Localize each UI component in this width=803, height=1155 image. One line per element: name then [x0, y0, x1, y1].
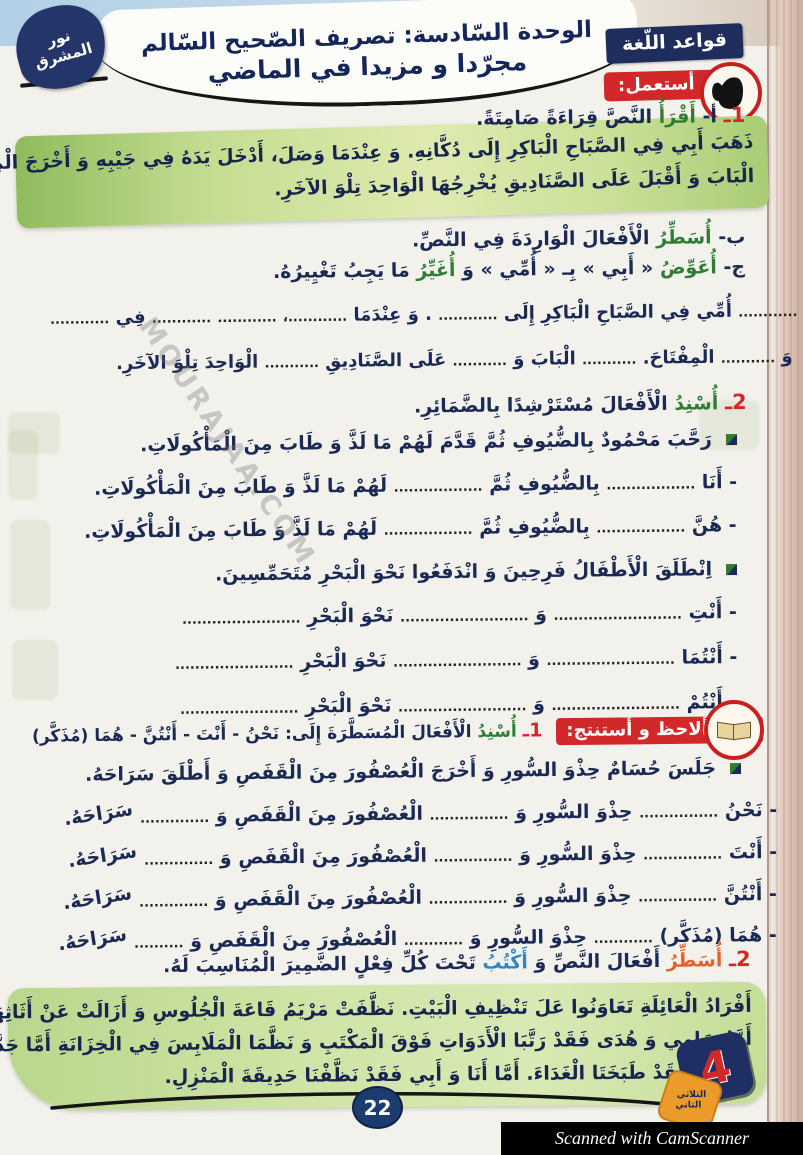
- blank-dots: ............: [217, 310, 276, 326]
- row-text: وَ: [528, 648, 540, 670]
- blank-dots: ..........................: [393, 654, 522, 670]
- gap-line-2: وَ ........... الْمِفْتَاحَ. ...........…: [116, 346, 793, 374]
- row-text: لَهُمْ مَا لَذَّ وَ طَابَ مِنَ الْمَأْكُ…: [84, 518, 377, 543]
- gap-text: . وَ عِنْدَمَا: [353, 304, 432, 326]
- verb-change: أُغَيِّرُ: [416, 259, 455, 281]
- row-text: الْعُصْفُورَ مِنَ الْقَفَصِ وَ: [190, 928, 397, 952]
- pronoun-row-hunna: - هُنَّ .................. بِالضُّيُوفِ …: [84, 514, 737, 543]
- row-text: وَ: [535, 603, 547, 625]
- pronoun-row-antum: - أَنْتُمْ .......................... وَ…: [180, 691, 738, 719]
- pronoun: - هُمَا (مُذَكَّر): [660, 924, 777, 947]
- model-text: جَلَسَ حُسَامٌ حِذْوَ السُّورِ وَ أَخْرَ…: [85, 757, 716, 786]
- item-b-text: الْأَفْعَالَ الْوَارِدَةَ فِي النَّصِّ.: [412, 227, 650, 251]
- subject-tag: قواعد اللّغة: [605, 23, 743, 64]
- blank-dots: ................: [433, 850, 512, 866]
- observe-badge: [704, 700, 764, 760]
- blank-dots: ..................: [606, 477, 695, 493]
- blank-dots: ..........................: [398, 699, 527, 715]
- ghost-bleed: [12, 640, 58, 700]
- row-text: نَحْوَ الْبَحْرِ: [305, 695, 392, 718]
- ghost-bleed: [8, 430, 38, 500]
- row-text: حِذْوَ السُّورِ وَ: [470, 926, 588, 949]
- book-edge-strip: [767, 0, 803, 1155]
- model-text: اِنْطَلَقَ الْأَطْفَالُ فَرِحِينَ وَ انْ…: [215, 558, 712, 585]
- verb-attribute: أُسْنِدُ: [477, 722, 517, 742]
- reading-passage-box: ذَهَبَ أَبِي فِي الصَّبَاحِ الْبَاكِرِ إ…: [15, 116, 769, 229]
- blank-dots: ...........: [453, 354, 507, 370]
- sec2-model-sentence: جَلَسَ حُسَامٌ حِذْوَ السُّورِ وَ أَخْرَ…: [85, 757, 741, 786]
- row-tail: سَرَاحَهُ.: [57, 923, 129, 955]
- pronoun: - أَنْتُمَا: [681, 646, 737, 669]
- blank-dots: ................: [429, 892, 508, 908]
- exercise-1a-line: 1ـ أ- أَقْرَأُ النَّصَّ قِرَاءَةً صَامِت…: [475, 103, 745, 130]
- bullet-square-icon: [730, 763, 741, 774]
- blank-dots: ..............: [139, 895, 208, 911]
- row-text: بِالضُّيُوفِ ثُمَّ: [489, 472, 600, 495]
- bullet-square-icon: [726, 564, 737, 575]
- observe-section-row: II- ألاحظ و أستنتج: 1ـ أُسْنِدُ الْأَفْع…: [32, 716, 763, 751]
- verb-underline: أُسَطِّرُ: [656, 226, 712, 249]
- pronoun-row-ana: - أَنَا .................. بِالضُّيُوفِ …: [94, 471, 737, 500]
- blank-dots: ............،: [282, 310, 346, 326]
- blank-dots: ...........: [721, 351, 775, 367]
- bullet-square-icon: [726, 434, 737, 445]
- gap-text: عَلَى الصَّنَادِيقِ: [325, 350, 446, 372]
- blank-dots: ..........................: [400, 609, 529, 625]
- camscanner-bar: Scanned with CamScanner: [501, 1122, 803, 1155]
- logo-ribbon-line2: الثاني: [675, 1101, 701, 1112]
- row-tail: سَرَاحَهُ.: [66, 840, 138, 872]
- blank-dots: ..................: [384, 523, 473, 539]
- item-b-line: ب- أُسَطِّرُ الْأَفْعَالَ الْوَارِدَةَ ف…: [412, 226, 745, 251]
- item-a-label: أ-: [702, 105, 717, 127]
- page-number: 22: [364, 1096, 392, 1120]
- logo-ribbon-line1: الثلاثي: [677, 1090, 706, 1101]
- item-c-label: ج-: [723, 256, 745, 278]
- verb-underline: أُسَطِّرُ: [667, 949, 723, 972]
- sec2-row-nahnu: - نَحْنُ ................ حِذْوَ السُّور…: [64, 799, 777, 828]
- item-c-text: مَا يَجِبُ تَغْيِيرُهُ.: [273, 260, 410, 283]
- blank-dots: ..............: [144, 853, 213, 869]
- pronoun: - أَنْتَ: [729, 841, 777, 864]
- blank-dots: ........................: [180, 702, 299, 718]
- blank-dots: ..........: [134, 936, 184, 952]
- pronoun-row-anti: - أَنْتِ .......................... وَ .…: [182, 601, 737, 629]
- blank-dots: ............: [151, 311, 210, 327]
- blank-dots: ..................: [393, 480, 482, 496]
- verb-attribute: أُسْنِدُ: [675, 392, 719, 414]
- pronoun: - نَحْنُ: [724, 799, 777, 822]
- gap-text: الْمِفْتَاحَ.: [643, 347, 715, 369]
- blank-dots: ................: [643, 848, 722, 864]
- blank-dots: ............: [738, 305, 797, 321]
- pronoun-row-antuma: - أَنْتُمَا .......................... و…: [175, 646, 738, 674]
- blank-dots: ................: [638, 890, 717, 906]
- exercise-2-line: 2ـ أُسْنِدُ الْأَفْعَالَ مُسْتَرْشِدًا ب…: [414, 390, 747, 417]
- blank-dots: ..........................: [551, 698, 680, 714]
- pronoun: - أَنَا: [702, 471, 738, 493]
- model-text: رَحَّبَ مَحْمُودٌ بِالضُّيُوفِ ثُمَّ قَد…: [140, 428, 712, 456]
- blank-dots: ..................: [597, 521, 686, 537]
- row-text: الْعُصْفُورَ مِنَ الْقَفَصِ وَ: [216, 803, 423, 827]
- verb-write: أَكْتُبُ: [483, 951, 529, 973]
- row-text: حِذْوَ السُّورِ وَ: [514, 885, 632, 908]
- item-a-text: النَّصَّ قِرَاءَةً صَامِتَةً.: [476, 106, 652, 130]
- ghost-bleed: [10, 520, 50, 610]
- task2-middle: أَفْعَالَ النَّصِّ وَ: [535, 950, 661, 973]
- scan-credit: Scanned with CamScanner: [555, 1128, 749, 1149]
- blank-dots: ................: [639, 806, 718, 822]
- blank-dots: ...........: [265, 356, 319, 372]
- item-c-line: ج- أُعَوِّضُ « أَبِي » بِـ « أُمِّي » وَ…: [273, 256, 745, 283]
- sec2-row-antunna: - أَنْتُنَّ ................ حِذْوَ السُ…: [63, 883, 777, 912]
- page-number-badge: 22: [352, 1086, 403, 1129]
- observe-label-text: - ألاحظ و أستنتج:: [566, 718, 722, 741]
- task2-line: 2ـ أُسَطِّرُ أَفْعَالَ النَّصِّ وَ أَكْت…: [163, 947, 751, 977]
- item-c-middle: « أَبِي » بِـ « أُمِّي » وَ: [462, 257, 653, 281]
- task2-text: تَحْتَ كُلِّ فِعْلٍ الضَّمِيرَ الْمُنَاس…: [163, 952, 476, 977]
- exercise-2-text: الْأَفْعَالَ مُسْتَرْشِدًا بِالضَّمَائِر…: [414, 393, 668, 418]
- row-text: لَهُمْ مَا لَذَّ وَ طَابَ مِنَ الْمَأْكُ…: [94, 475, 387, 500]
- blank-dots: ............: [404, 933, 463, 949]
- row-text: الْعُصْفُورَ مِنَ الْقَفَصِ وَ: [220, 845, 427, 869]
- verb-read: أَقْرَأُ: [658, 106, 696, 128]
- row-tail: سَرَاحَهُ.: [62, 882, 134, 914]
- row-text: نَحْوَ الْبَحْرِ: [307, 605, 394, 628]
- scanned-worksheet-page: الوحدة السّادسة: تصريف الصّحيح السّالم م…: [0, 0, 803, 1155]
- blank-dots: ........................: [182, 612, 301, 628]
- gap-text: أُمِّي فِي الصَّبَاحِ الْبَاكِرِ إِلَى: [503, 301, 731, 324]
- exercise-number: 2ـ: [725, 390, 747, 414]
- task-number: 1ـ: [522, 719, 542, 741]
- model-sentence-1: رَحَّبَ مَحْمُودٌ بِالضُّيُوفِ ثُمَّ قَد…: [140, 428, 737, 456]
- blank-dots: ............: [49, 312, 108, 328]
- sec2-row-anta: - أَنْتَ ................ حِذْوَ السُّور…: [68, 841, 777, 870]
- row-text: حِذْوَ السُّورِ وَ: [519, 842, 637, 865]
- gap-text: وَ: [782, 346, 793, 367]
- blank-dots: ............: [438, 308, 497, 324]
- gap-line-1: ............ أُمِّي فِي الصَّبَاحِ الْبَ…: [49, 300, 797, 329]
- blank-dots: ............: [594, 931, 653, 947]
- item-b-label: ب-: [718, 226, 745, 248]
- gap-text: الْوَاحِدَ تِلْوَ الآخَرِ.: [116, 352, 258, 374]
- unit-title-band: الوحدة السّادسة: تصريف الصّحيح السّالم م…: [95, 0, 640, 114]
- pronoun: - أَنْتُنَّ: [724, 883, 777, 906]
- blank-dots: ........................: [175, 657, 294, 673]
- blank-dots: ..............: [140, 811, 209, 827]
- row-text: حِذْوَ السُّورِ وَ: [515, 801, 633, 824]
- blank-dots: ................: [429, 808, 508, 824]
- final-passage-line: أَفْرَادُ الْعَائِلَةِ تَعَاوَنُوا عَلَ …: [7, 982, 765, 1030]
- verb-replace: أُعَوِّضُ: [660, 256, 717, 279]
- task-number: 2ـ: [729, 947, 751, 971]
- gap-text: فِي: [115, 307, 145, 328]
- row-text: وَ: [533, 693, 545, 715]
- book-icon: [717, 721, 751, 739]
- pronoun: - هُنَّ: [692, 514, 737, 536]
- pronoun: - أَنْتِ: [689, 601, 737, 624]
- observe-task-text: الْأَفْعَالَ الْمُسَطَّرَةَ إِلَى: نَحْن…: [32, 722, 472, 747]
- gap-text: الْبَابَ وَ: [513, 348, 576, 370]
- blank-dots: ..........................: [554, 608, 683, 624]
- row-text: نَحْوَ الْبَحْرِ: [300, 650, 387, 673]
- row-text: الْعُصْفُورَ مِنَ الْقَفَصِ وَ: [215, 887, 422, 911]
- model-sentence-2: اِنْطَلَقَ الْأَطْفَالُ فَرِحِينَ وَ انْ…: [215, 558, 737, 585]
- exercise-number: 1ـ: [723, 103, 745, 127]
- blank-dots: ...........: [582, 353, 636, 369]
- blank-dots: ..........................: [546, 653, 675, 669]
- row-text: بِالضُّيُوفِ ثُمَّ: [479, 516, 590, 539]
- row-tail: سَرَاحَهُ.: [62, 798, 134, 830]
